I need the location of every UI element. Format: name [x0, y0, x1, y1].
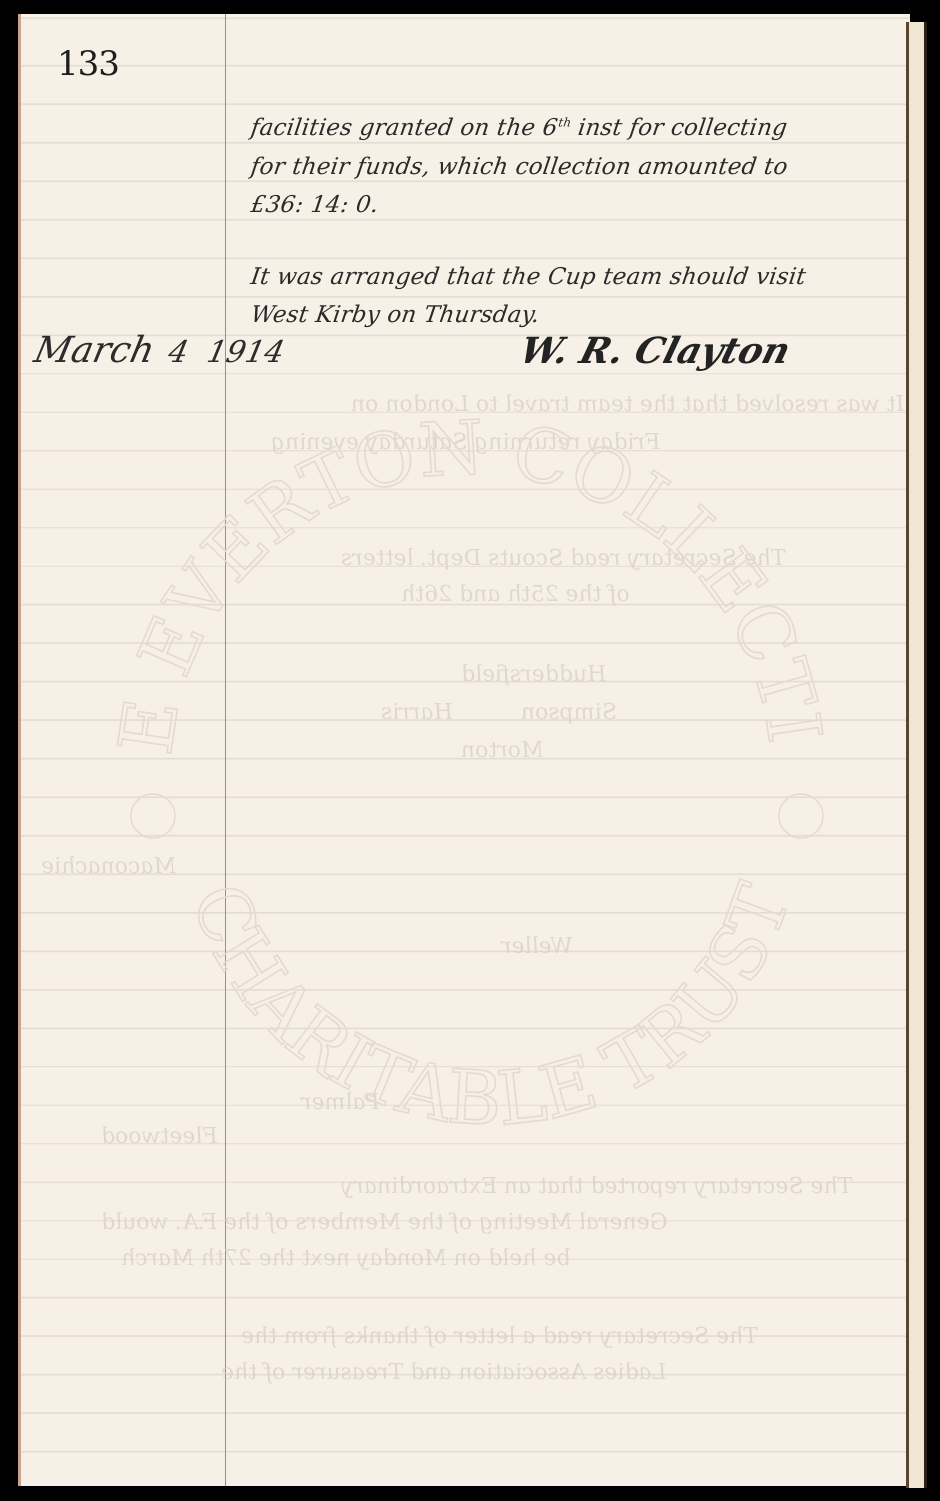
bleed-through-text: Simpson [519, 700, 618, 725]
date-day: 4 [165, 335, 192, 370]
margin-date: March 4 1914 [31, 330, 289, 371]
bleed-through-text: Weller [499, 934, 574, 959]
entry-line-3: £36: 14: 0. [249, 192, 380, 218]
page-number: 133 [57, 44, 119, 84]
bleed-through-text: Ladies Association and Treasurer of the [219, 1360, 668, 1385]
bleed-through-text: It was resolved that the team travel to … [349, 392, 906, 417]
signature: W. R. Clayton [515, 330, 795, 372]
bleed-through-text: Huddersfield [459, 662, 608, 687]
entry-paragraph-2-line-1: It was arranged that the Cup team should… [249, 264, 807, 290]
entry-line-1-text-cont: inst for collecting [569, 115, 789, 141]
date-month: March [31, 330, 159, 371]
date-year: 1914 [204, 335, 288, 370]
bleed-through-text: Morton [459, 738, 545, 763]
bleed-through-text: The Secretary read Scouts Dept. letters [339, 546, 787, 571]
bleed-through-text: Friday returning Saturday evening [269, 430, 662, 455]
bleed-through-text: Maconachie [39, 854, 178, 879]
entry-line-2: for their funds, which collection amount… [249, 154, 789, 180]
entry-line-1-text: facilities granted on the 6 [249, 115, 559, 141]
bleed-through-text: Harris [379, 700, 454, 725]
bleed-through-text: The Secretary reported that an Extraordi… [339, 1174, 854, 1199]
book-edge-shadow [924, 22, 927, 1488]
entry-paragraph-2-line-2: West Kirby on Thursday. [249, 302, 541, 328]
bleed-through-text: General Meeting of the Members of the F.… [99, 1210, 669, 1235]
entry-line-1: facilities granted on the 6th inst for c… [249, 115, 789, 141]
bleed-through-text: Fleetwood [99, 1124, 219, 1149]
bleed-through-text: of the 25th and 26th [399, 582, 631, 607]
bleed-through-text: Palmer [299, 1090, 381, 1115]
book-edge [906, 22, 924, 1488]
ledger-page: It was resolved that the team travel to … [18, 14, 910, 1486]
bleed-through-text: be held on Monday next the 27th March [119, 1246, 572, 1271]
bleed-through-text: The Secretary read a letter of thanks fr… [239, 1324, 759, 1349]
